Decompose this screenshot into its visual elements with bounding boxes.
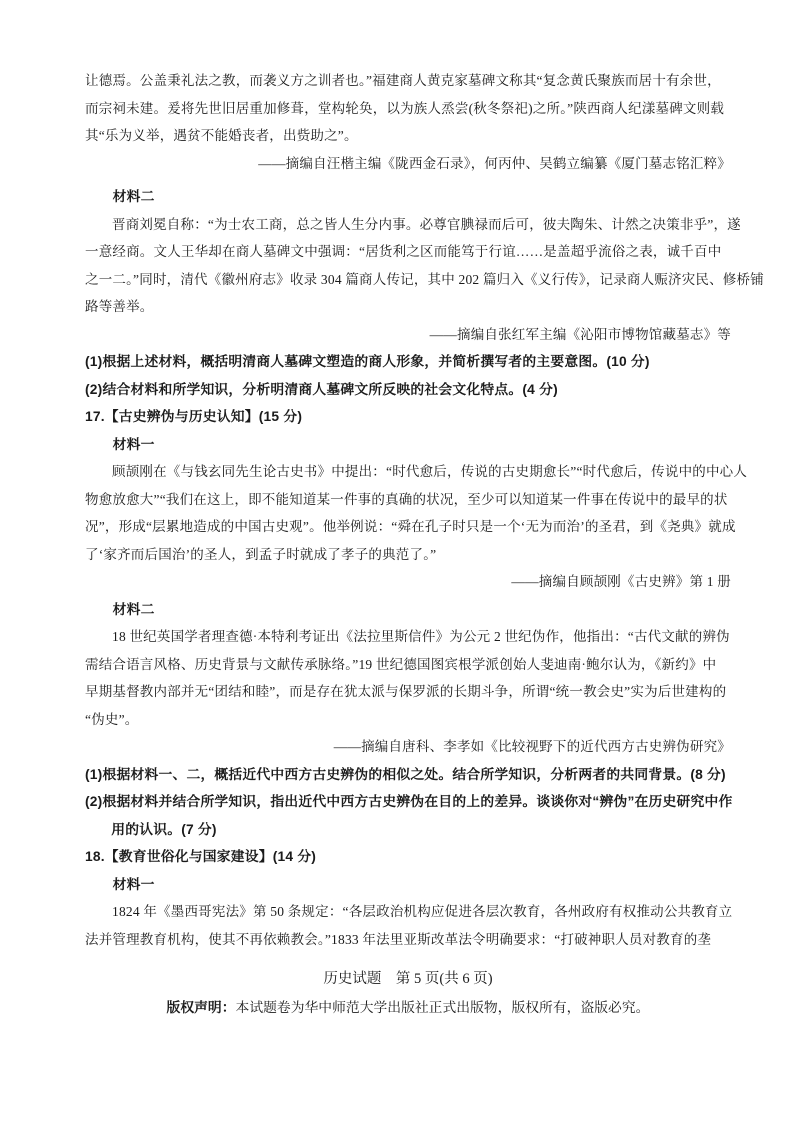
source-attribution: ——摘编自汪楷主编《陇西金石录》，何丙仲、吴鹤立编纂《厦门墓志铭汇粹》 bbox=[85, 150, 731, 178]
question-18-title: 18.【教育世俗化与国家建设】(14 分) bbox=[85, 843, 731, 871]
material-text-line: 法并管理教育机构，使其不再依赖教会。”1833 年法里亚斯改革法令明确要求：“打… bbox=[85, 926, 731, 954]
copyright-label: 版权声明： bbox=[167, 1000, 236, 1015]
material-text-line: 之一二。”同时，清代《徽州府志》收录 304 篇商人传记，其中 202 篇归入《… bbox=[85, 266, 731, 294]
material-text-line: 而宗祠未建。爰将先世旧居重加修葺，堂构轮奂，以为族人烝尝(秋冬祭祀)之所。”陕西… bbox=[85, 95, 731, 123]
material-heading: 材料一 bbox=[85, 431, 731, 459]
source-attribution: ——摘编自张红军主编《沁阳市博物馆藏墓志》等 bbox=[85, 321, 731, 349]
material-heading: 材料一 bbox=[85, 871, 731, 899]
material-text-line: 需结合语言风格、历史背景与文献传承脉络。”19 世纪德国图宾根学派创始人斐迪南·… bbox=[85, 651, 731, 679]
material-text-line: 物愈放愈大”“我们在这上，即不能知道某一件事的真确的状况，至少可以知道某一件事在… bbox=[85, 486, 731, 514]
material-heading: 材料二 bbox=[85, 183, 731, 211]
material-text-line: 让德焉。公盖秉礼法之教，而袭义方之训者也。”福建商人黄克家墓碑文称其“复念黄氏聚… bbox=[85, 67, 731, 95]
material-heading: 材料二 bbox=[85, 596, 731, 624]
page-number-footer: 历史试题 第 5 页(共 6 页) bbox=[85, 966, 731, 994]
question-17-title: 17.【古史辨伪与历史认知】(15 分) bbox=[85, 403, 731, 431]
material-text-line: 晋商刘冕自称：“为士农工商，总之皆人生分内事。必尊官腆禄而后可，彼夫陶朱、计然之… bbox=[85, 211, 731, 239]
question-16-part1: (1)根据上述材料，概括明清商人墓碑文塑造的商人形象，并简析撰写者的主要意图。(… bbox=[85, 348, 731, 376]
copyright-notice: 版权声明：本试题卷为华中师范大学出版社正式出版物，版权所有，盗版必究。 bbox=[85, 994, 731, 1022]
question-17-part1: (1)根据材料一、二，概括近代中西方古史辨伪的相似之处。结合所学知识，分析两者的… bbox=[85, 761, 731, 789]
material-text-line: 了‘家齐而后国治’的圣人，到孟子时就成了孝子的典范了。” bbox=[85, 541, 731, 569]
question-17-part2-line2: 用的认识。(7 分) bbox=[85, 816, 731, 844]
question-16-part2: (2)结合材料和所学知识，分析明清商人墓碑文所反映的社会文化特点。(4 分) bbox=[85, 376, 731, 404]
material-text-line: 1824 年《墨西哥宪法》第 50 条规定：“各层政治机构应促进各层次教育，各州… bbox=[85, 898, 731, 926]
material-text-line: “伪史”。 bbox=[85, 706, 731, 734]
question-17-part2-line1: (2)根据材料并结合所学知识，指出近代中西方古史辨伪在目的上的差异。谈谈你对“辨… bbox=[85, 788, 731, 816]
source-attribution: ——摘编自唐科、李孝如《比较视野下的近代西方古史辨伪研究》 bbox=[85, 733, 731, 761]
exam-paper-page: 让德焉。公盖秉礼法之教，而袭义方之训者也。”福建商人黄克家墓碑文称其“复念黄氏聚… bbox=[0, 0, 800, 1132]
copyright-text: 本试题卷为华中师范大学出版社正式出版物，版权所有，盗版必究。 bbox=[236, 1000, 650, 1015]
material-text-line: 路等善举。 bbox=[85, 293, 731, 321]
page-content: 让德焉。公盖秉礼法之教，而袭义方之训者也。”福建商人黄克家墓碑文称其“复念黄氏聚… bbox=[85, 67, 731, 1021]
source-attribution: ——摘编自顾颉刚《古史辨》第 1 册 bbox=[85, 568, 731, 596]
material-text-line: 18 世纪英国学者理查德·本特利考证出《法拉里斯信件》为公元 2 世纪伪作，他指… bbox=[85, 623, 731, 651]
material-text-line: 顾颉刚在《与钱玄同先生论古史书》中提出：“时代愈后，传说的古史期愈长”“时代愈后… bbox=[85, 458, 731, 486]
material-text-line: 一意经商。文人王华却在商人墓碑文中强调：“居货利之区而能笃于行谊……是盖超乎流俗… bbox=[85, 238, 731, 266]
material-text-line: 其“乐为义举，遇贫不能婚丧者，出赀助之”。 bbox=[85, 122, 731, 150]
material-text-line: 早期基督教内部并无“团结和睦”，而是存在犹太派与保罗派的长期斗争，所谓“统一教会… bbox=[85, 678, 731, 706]
material-text-line: 况”，形成“层累地造成的中国古史观”。他举例说：“舜在孔子时只是一个‘无为而治’… bbox=[85, 513, 731, 541]
